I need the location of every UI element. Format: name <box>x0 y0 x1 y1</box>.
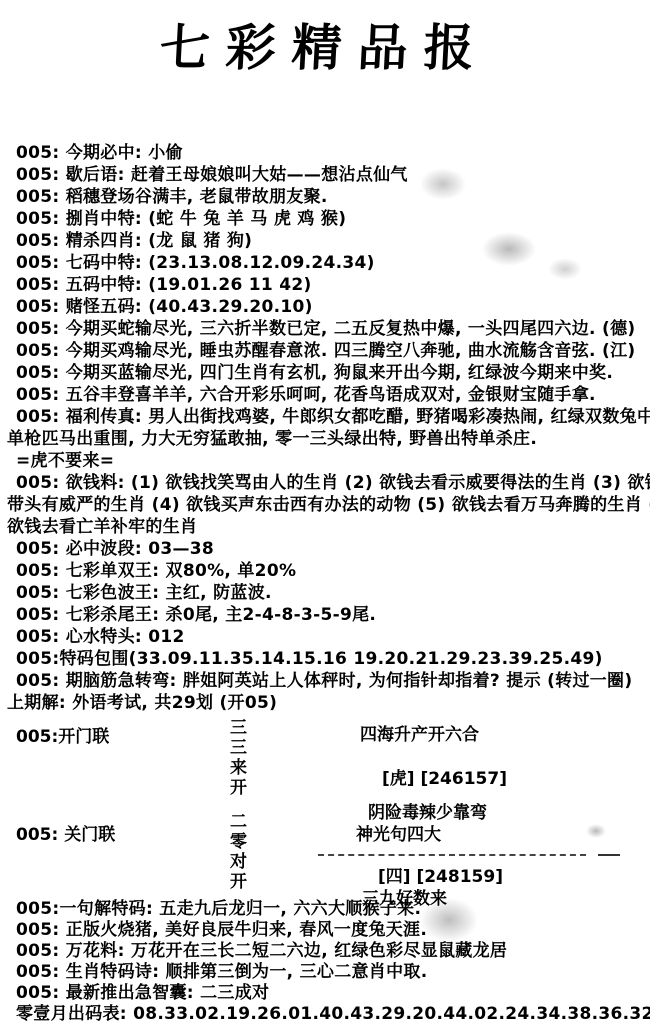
report-line: 005: 捌肖中特: (蛇 牛 兔 羊 马 虎 鸡 猴) <box>16 208 646 230</box>
report-line: 005: 今期买蓝输尽光, 四门生肖有玄机, 狗鼠来开出今期, 红绿波今期来中奖… <box>16 362 646 384</box>
report-line: =虎不要来= <box>16 450 646 472</box>
report-title: 七彩精品报 <box>0 8 650 80</box>
report-line: 005: 七彩色波王: 主红, 防蓝波. <box>16 582 646 604</box>
close-couplet-line2: 神光句四大 <box>356 820 441 845</box>
report-footer: 005:一句解特码: 五走九后龙归一, 六六大顺猴子来. 005: 正版火烧猪,… <box>16 899 646 1024</box>
report-line: 005: 赌怪五码: (40.43.29.20.10) <box>16 296 646 318</box>
report-line: 欲钱去看亡羊补牢的生肖 <box>7 516 646 538</box>
short-dash <box>598 854 620 856</box>
report-line: 005: 必中波段: 03—38 <box>16 538 646 560</box>
open-couplet-label: 005:开门联 <box>16 722 109 747</box>
report-line: 005:特码包围(33.09.11.35.14.15.16 19.20.21.2… <box>16 648 646 670</box>
report-line: 零壹月出码表: 08.33.02.19.26.01.40.43.29.20.44… <box>16 1004 646 1024</box>
report-line: 005: 期脑筋急转弯: 胖姐阿英站上人体秤时, 为何指针却指着? 提示 (转过… <box>16 670 646 692</box>
open-couplet-text: 四海升产开六合 <box>360 720 479 745</box>
report-line: 005: 万花料: 万花开在三长二短二六边, 红绿色彩尽显鼠藏龙居 <box>16 941 646 962</box>
report-line: 005: 今期买蛇输尽光, 三六折半数已定, 二五反复热中爆, 一头四尾四六边.… <box>16 318 646 340</box>
report-line: 005: 福利传真: 男人出街找鸡婆, 牛郎织女都吃醋, 野猪喝彩凑热闹, 红绿… <box>16 406 646 428</box>
couplet-section: 005:开门联 三三来开 四海升产开六合 [虎] [246157] 阴险毒辣少靠… <box>0 714 650 899</box>
report-line: 上期解: 外语考试, 共29划 (开05) <box>7 692 646 714</box>
report-line: 005: 今期必中: 小偷 <box>16 142 646 164</box>
report-line: 005: 心水特头: 012 <box>16 626 646 648</box>
close-couplet-vertical-text: 二零对开 <box>226 812 246 907</box>
report-line: 单枪匹马出重围, 力大无穷猛敢抽, 零一三头绿出特, 野兽出特单杀庄. <box>7 428 646 450</box>
dashed-divider <box>318 854 586 856</box>
report-line: 005: 稻穗登场谷满丰, 老鼠带故朋友聚. <box>16 186 646 208</box>
open-couplet-vertical-text: 三三来开 <box>226 718 246 813</box>
report-line: 005: 精杀四肖: (龙 鼠 猪 狗) <box>16 230 646 252</box>
report-line: 005: 七码中特: (23.13.08.12.09.24.34) <box>16 252 646 274</box>
report-line: 005: 七彩杀尾王: 杀0尾, 主2-4-8-3-5-9尾. <box>16 604 646 626</box>
report-line: 005: 正版火烧猪, 美好良辰牛归来, 春风一度兔天涯. <box>16 920 646 941</box>
report-line: 005: 五码中特: (19.01.26 11 42) <box>16 274 646 296</box>
report-line: 005: 五谷丰登喜羊羊, 六合开彩乐呵呵, 花香鸟语成双对, 金银财宝随手拿. <box>16 384 646 406</box>
report-line: 005: 生肖特码诗: 顺排第三倒为一, 三心二意肖中取. <box>16 962 646 983</box>
report-line: 005:一句解特码: 五走九后龙归一, 六六大顺猴子来. <box>16 899 646 920</box>
report-body: 005: 今期必中: 小偷 005: 歇后语: 赶着王母娘娘叫大姑——想沾点仙气… <box>16 142 646 714</box>
report-line: 005: 七彩单双王: 双80%, 单20% <box>16 560 646 582</box>
report-line: 005: 歇后语: 赶着王母娘娘叫大姑——想沾点仙气 <box>16 164 646 186</box>
report-line: 带头有威严的生肖 (4) 欲钱买声东击西有办法的动物 (5) 欲钱去看万马奔腾的… <box>7 494 646 516</box>
report-line: 005: 最新推出急智囊: 二三成对 <box>16 983 646 1004</box>
report-line: 005: 欲钱料: (1) 欲钱找笑骂由人的生肖 (2) 欲钱去看示威要得法的生… <box>16 472 646 494</box>
open-couplet-result: [虎] [246157] <box>382 764 507 789</box>
report-line: 005: 今期买鸡输尽光, 睡虫苏醒春意浓. 四三腾空八奔驰, 曲水流觞含音弦.… <box>16 340 646 362</box>
close-couplet-label: 005: 关门联 <box>16 820 115 845</box>
